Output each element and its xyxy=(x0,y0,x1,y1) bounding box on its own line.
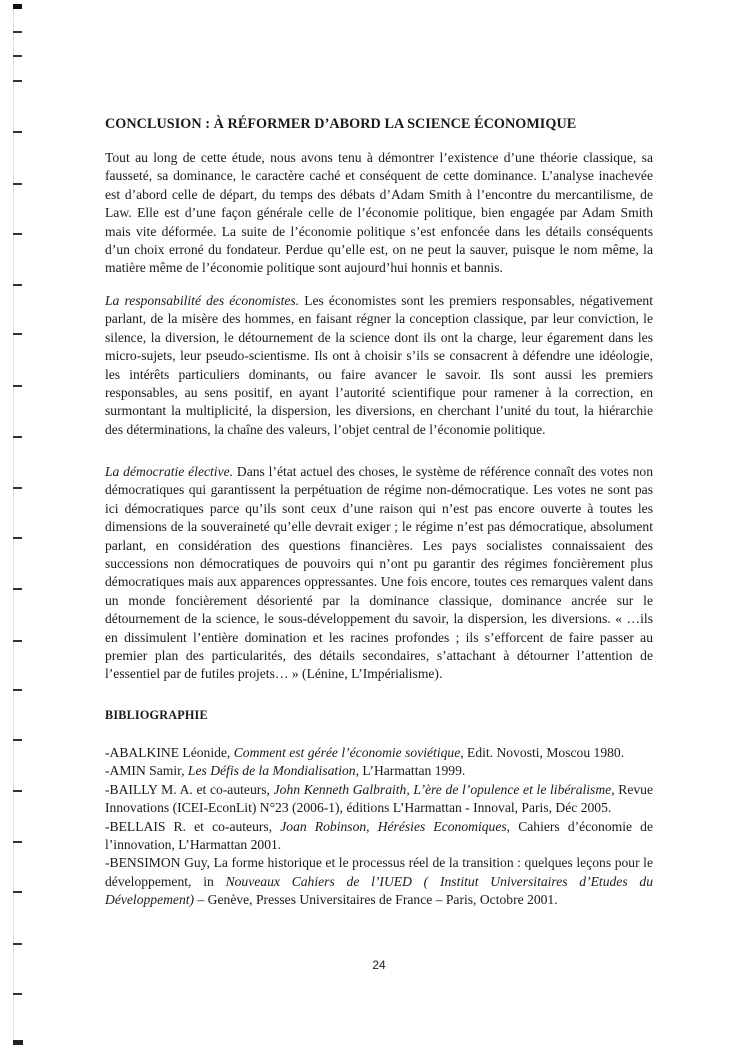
binding-top-mark xyxy=(13,4,22,9)
binding-hole-mark xyxy=(13,640,22,642)
entry-author: -BAILLY M. A. et co-auteurs, xyxy=(105,782,274,797)
binding-hole-mark xyxy=(13,487,22,489)
paragraph-intro: Tout au long de cette étude, nous avons … xyxy=(105,149,653,278)
binding-hole-mark xyxy=(13,436,22,438)
paragraph-text: Tout au long de cette étude, nous avons … xyxy=(105,150,653,275)
entry-author: -BELLAIS R. et co-auteurs, xyxy=(105,819,280,834)
binding-hole-mark xyxy=(13,333,22,335)
entry-publication: , Edit. Novosti, Moscou 1980. xyxy=(460,745,624,760)
entry-title: Joan Robinson, Hérésies Economiques xyxy=(280,819,506,834)
entry-publication: , L’Harmattan 1999. xyxy=(356,763,466,778)
entry-author: -ABALKINE Léonide, xyxy=(105,745,234,760)
binding-hole-mark xyxy=(13,80,22,82)
entry-title: John Kenneth Galbraith, L’ère de l’opule… xyxy=(274,782,612,797)
binding-hole-mark xyxy=(13,233,22,235)
binding-hole-mark xyxy=(13,183,22,185)
paragraph-democratie: La démocratie élective. Dans l’état actu… xyxy=(105,463,653,684)
entry-author: -AMIN Samir, xyxy=(105,763,188,778)
binding-hole-mark xyxy=(13,55,22,57)
binding-marks xyxy=(0,0,30,1053)
bibliography-list: -ABALKINE Léonide, Comment est gérée l’é… xyxy=(105,744,653,910)
bibliography-entry: -BELLAIS R. et co-auteurs, Joan Robinson… xyxy=(105,818,653,855)
bibliography-entry: -BENSIMON Guy, La forme historique et le… xyxy=(105,854,653,909)
binding-hole-mark xyxy=(13,739,22,741)
paragraph-text: Dans l’état actuel des choses, le systèm… xyxy=(105,464,653,681)
binding-hole-mark xyxy=(13,841,22,843)
binding-hole-mark xyxy=(13,943,22,945)
binding-bottom-mark xyxy=(13,1040,23,1045)
page-number: 24 xyxy=(105,958,653,972)
binding-hole-mark xyxy=(13,689,22,691)
binding-hole-mark xyxy=(13,993,22,995)
binding-hole-mark xyxy=(13,385,22,387)
bibliography-entry: -AMIN Samir, Les Défis de la Mondialisat… xyxy=(105,762,653,780)
paragraph-text: Les économistes sont les premiers respon… xyxy=(105,293,653,437)
binding-hole-mark xyxy=(13,284,22,286)
binding-hole-mark xyxy=(13,891,22,893)
entry-title: Comment est gérée l’économie soviétique xyxy=(234,745,461,760)
binding-hole-mark xyxy=(13,790,22,792)
paragraph-lead: La responsabilité des économistes. xyxy=(105,293,299,308)
binding-hole-mark xyxy=(13,31,22,33)
bibliography-entry: -ABALKINE Léonide, Comment est gérée l’é… xyxy=(105,744,653,762)
binding-hole-mark xyxy=(13,131,22,133)
binding-edge-line xyxy=(13,6,14,1046)
bibliography-entry: -BAILLY M. A. et co-auteurs, John Kennet… xyxy=(105,781,653,818)
bibliography-heading: BIBLIOGRAPHIE xyxy=(105,708,208,723)
paragraph-responsabilite: La responsabilité des économistes. Les é… xyxy=(105,292,653,439)
entry-publication: – Genève, Presses Universitaires de Fran… xyxy=(194,892,558,907)
section-title: CONCLUSION : À RÉFORMER D’ABORD LA SCIEN… xyxy=(105,116,653,133)
entry-title: Les Défis de la Mondialisation xyxy=(188,763,356,778)
binding-hole-mark xyxy=(13,537,22,539)
binding-hole-mark xyxy=(13,588,22,590)
paragraph-lead: La démocratie élective. xyxy=(105,464,233,479)
